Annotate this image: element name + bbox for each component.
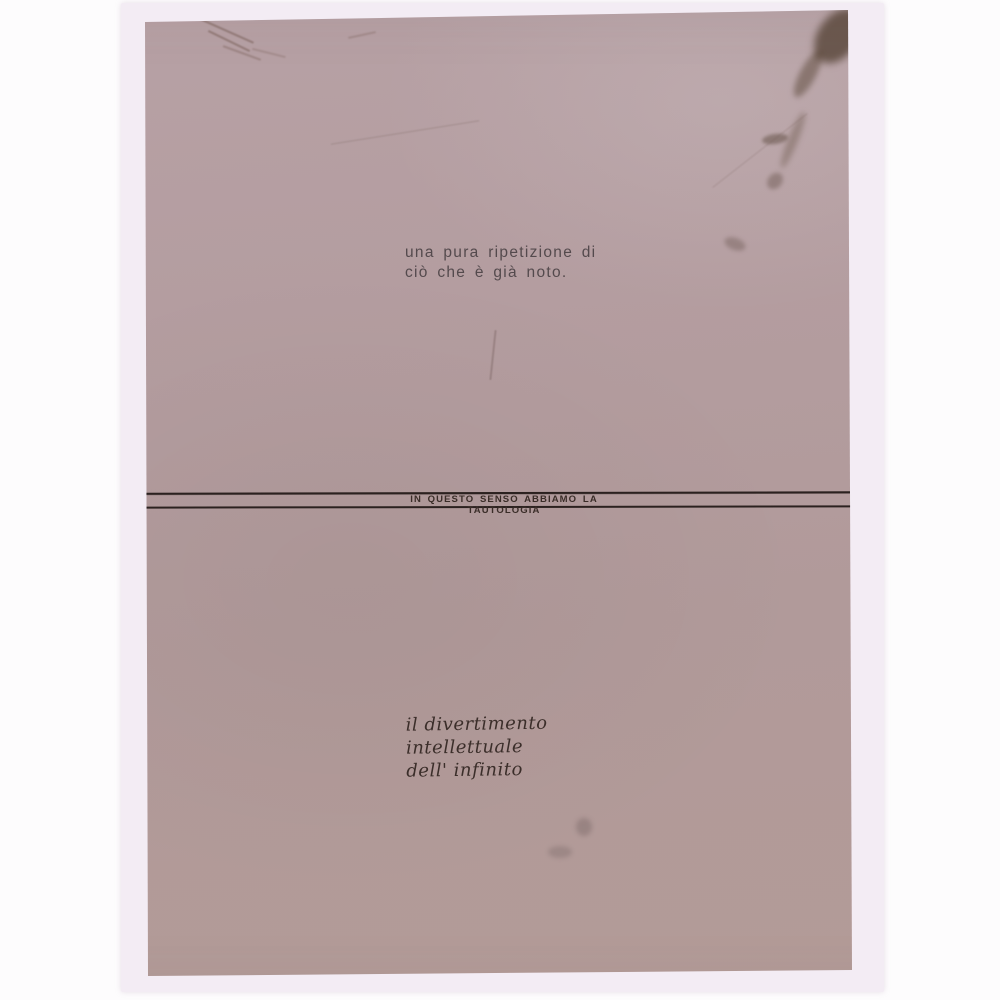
typed-caption: una pura ripetizione di ciò che è già no… xyxy=(405,243,635,282)
artwork-photo: una pura ripetizione di ciò che è già no… xyxy=(0,0,1000,1000)
typed-caption-line-2: ciò che è già noto. xyxy=(405,263,635,283)
handwritten-line-2: dell' infinito xyxy=(406,756,646,782)
handwritten-note: il divertimento intellettuale dell' infi… xyxy=(406,710,647,782)
typed-caption-line-1: una pura ripetizione di xyxy=(405,243,635,263)
smudge-bottom-1 xyxy=(576,818,592,836)
smudge-bottom-2 xyxy=(548,846,572,858)
tautology-label: IN QUESTO SENSO ABBIAMO LA TAUTOLOGIA xyxy=(396,494,612,516)
handwritten-line-1: il divertimento intellettuale xyxy=(406,710,647,759)
